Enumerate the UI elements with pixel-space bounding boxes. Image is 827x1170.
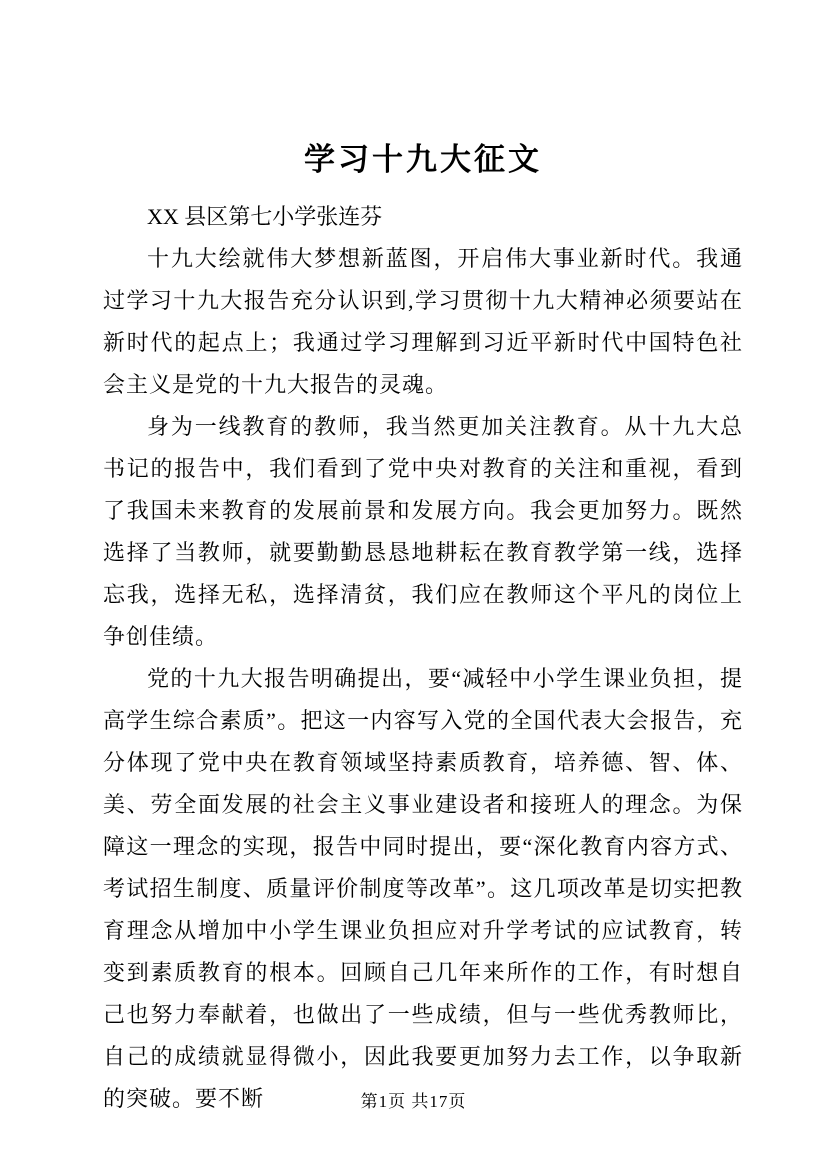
byline: XX 县区第七小学张连芬 bbox=[103, 196, 743, 238]
paragraph-3: 党的十九大报告明确提出，要“减轻中小学生课业负担，提高学生综合素质”。把这一内容… bbox=[103, 658, 743, 1120]
document-page: 学习十九大征文 XX 县区第七小学张连芬 十九大绘就伟大梦想新蓝图，开启伟大事业… bbox=[0, 0, 827, 1170]
paragraph-1: 十九大绘就伟大梦想新蓝图，开启伟大事业新时代。我通过学习十九大报告充分认识到,学… bbox=[103, 238, 743, 406]
paragraph-2: 身为一线教育的教师，我当然更加关注教育。从十九大总书记的报告中，我们看到了党中央… bbox=[103, 406, 743, 658]
page-title: 学习十九大征文 bbox=[103, 138, 743, 182]
document-content: 学习十九大征文 XX 县区第七小学张连芬 十九大绘就伟大梦想新蓝图，开启伟大事业… bbox=[103, 138, 743, 1120]
page-number-footer: 第1页 共17页 bbox=[0, 1087, 827, 1112]
